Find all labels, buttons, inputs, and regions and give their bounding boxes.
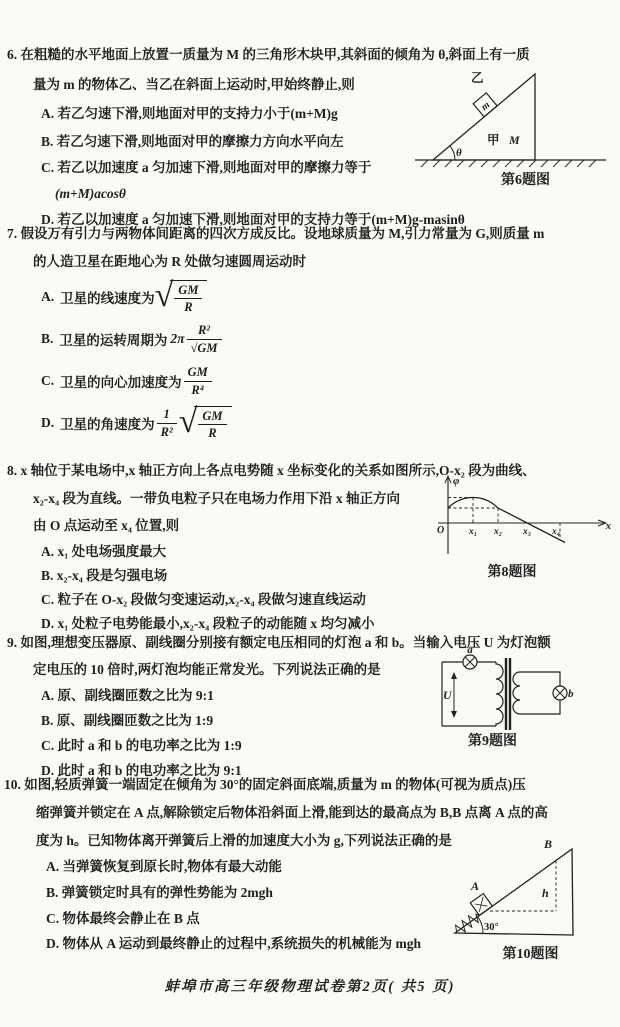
fraction-denominator: R: [198, 424, 226, 440]
q7-option-b-label: B.: [41, 331, 53, 347]
radical-sign: √: [155, 279, 174, 313]
q10-stem-line1: 10. 如图,轻质弹簧一端固定在倾角为 30°的固定斜面底端,质量为 m 的物体…: [0, 770, 620, 799]
q7-option-c-text: 卫星的向心加速度为: [60, 371, 182, 391]
label-yi: 乙: [471, 71, 484, 85]
sqrt-expression: √GMR: [179, 406, 232, 441]
primary-coil: [496, 662, 503, 726]
page-footer: 蚌埠市高三年级物理试卷第2页( 共5 页): [0, 975, 620, 996]
fraction-numerator: GM: [198, 409, 226, 424]
q7-option-d: D. 卫星的角速度为 1R² √GMR: [0, 402, 620, 444]
sqrt-expression: √GMR: [155, 280, 208, 315]
secondary-coil: [513, 672, 520, 714]
q7-option-b: B. 卫星的运转周期为 2π R²√GM: [0, 318, 620, 360]
label-x2: x₂: [493, 527, 502, 537]
figure-q9: a b U 第9题图: [430, 646, 610, 753]
q6-figure-caption: 第6题图: [443, 170, 608, 192]
label-jia: 甲: [487, 133, 500, 147]
q6-incline-diagram: m 乙 θ 甲 M: [413, 66, 608, 170]
q7-option-d-text: 卫星的角速度为: [60, 413, 155, 433]
q7-option-c-label: C.: [41, 373, 54, 389]
q7-option-a-label: A.: [41, 289, 54, 305]
label-point-a: A: [470, 879, 479, 893]
q9-transformer-diagram: a b U: [430, 646, 610, 731]
theta-arc: [450, 146, 455, 160]
label-lamp-a: a: [467, 646, 473, 656]
q7-option-d-label: D.: [41, 415, 54, 431]
q7-stem-line2: 的人造卫星在距地心为 R 处做匀速圆周运动时: [0, 248, 620, 276]
q7-option-c: C. 卫星的向心加速度为 GMR⁴: [0, 360, 620, 402]
potential-curve: [448, 498, 565, 543]
angle-arc: [478, 917, 483, 934]
q8-option-c: C. 粒子在 O-x₂ 段做匀变速运动,x₂-x₄ 段做匀速直线运动: [0, 588, 620, 612]
fraction-numerator: 1: [157, 407, 177, 422]
q10-stem-line2: 缩弹簧并锁定在 A 点,解除锁定后物体沿斜面上滑,能到达的最高点为 B,B 点离…: [0, 799, 620, 827]
fraction-numerator: GM: [174, 283, 202, 298]
q10-figure-caption: 第10题图: [448, 944, 613, 966]
fraction-denominator: R⁴: [184, 381, 212, 397]
lamp-b-cross: [555, 688, 565, 698]
fraction-denominator: R²: [157, 423, 177, 439]
q8-potential-graph: φ O x₁ x₂ x₃ x₄ x: [432, 472, 617, 562]
fraction-denominator: R: [174, 298, 202, 314]
secondary-bottom-wire: [520, 700, 560, 714]
label-x3: x₃: [522, 527, 531, 537]
question-7: 7. 假设万有引力与两物体间距离的四次方成反比。设地球质量为 M,引力常量为 G…: [0, 220, 620, 444]
q7-option-a-text: 卫星的线速度为: [60, 287, 155, 307]
fraction-numerator: GM: [184, 365, 212, 380]
label-phi: φ: [453, 475, 460, 487]
label-point-b: B: [543, 837, 552, 851]
figure-q6: m 乙 θ 甲 M 第6题图: [413, 66, 608, 192]
label-theta: θ: [456, 147, 462, 159]
dashed-guides: [448, 498, 560, 540]
q7-stem-line1: 7. 假设万有引力与两物体间距离的四次方成反比。设地球质量为 M,引力常量为 G…: [0, 220, 620, 248]
label-voltage-u: U: [443, 688, 453, 702]
exam-page: 6. 在粗糙的水平地面上放置一质量为 M 的三角形木块甲,其斜面的倾角为 θ,斜…: [0, 0, 620, 1027]
label-lamp-b: b: [568, 688, 574, 700]
ground-hatching: [421, 160, 596, 167]
label-angle-30: 30°: [484, 922, 499, 933]
figure-q10: A B h 30° 第10题图: [438, 826, 613, 966]
label-x4: x₄: [551, 527, 560, 537]
secondary-top-wire: [520, 672, 560, 686]
q7-option-b-text: 卫星的运转周期为: [59, 329, 167, 349]
fraction-numerator: R²: [187, 323, 222, 338]
figure-q8: φ O x₁ x₂ x₃ x₄ x 第8题图: [432, 472, 617, 584]
label-x-axis: x: [605, 521, 611, 532]
label-M: M: [508, 133, 520, 147]
q7-option-a: A. 卫星的线速度为 √GMR: [0, 276, 620, 318]
lamp-a-cross: [465, 657, 475, 667]
q9-figure-caption: 第9题图: [375, 731, 610, 753]
q8-figure-caption: 第8题图: [407, 562, 617, 584]
label-height-h: h: [542, 886, 549, 900]
fraction-denominator: √GM: [187, 339, 222, 355]
coefficient: 2π: [170, 331, 184, 347]
label-x1: x₁: [468, 527, 477, 537]
q10-spring-incline-diagram: A B h 30°: [438, 826, 613, 944]
label-origin: O: [437, 525, 444, 536]
radical-sign: √: [179, 405, 198, 439]
